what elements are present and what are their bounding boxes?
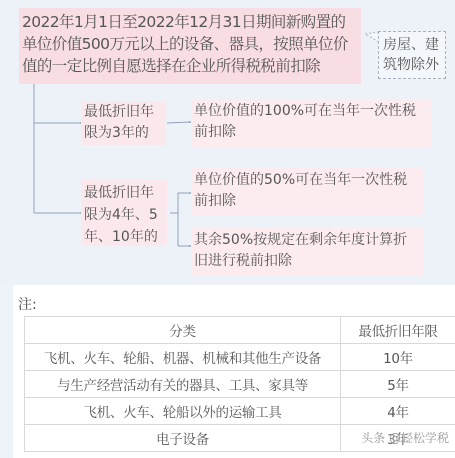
branch-3-year: 最低折旧年限为3年的: [81, 101, 166, 145]
table-row: 飞机、火车、轮船以外的运输工具 4年: [25, 398, 455, 425]
years-cell: 10年: [341, 344, 455, 371]
table-row: 与生产经营活动有关的器具、工具、家具等 5年: [25, 371, 455, 398]
category-cell: 电子设备: [25, 425, 341, 452]
watermark: 头条 @轻松学税: [361, 429, 449, 446]
branch-4-5-10-year: 最低折旧年限为4年、5年、10年的: [81, 180, 167, 246]
category-cell: 与生产经营活动有关的器具、工具、家具等: [25, 371, 341, 398]
branch-4-5-10-year-rule-2: 其余50%按规定在剩余年度计算折旧进行税前扣除: [191, 228, 423, 276]
years-cell: 5年: [341, 371, 455, 398]
category-cell: 飞机、火车、轮船以外的运输工具: [25, 398, 341, 425]
header-min-years: 最低折旧年限: [341, 317, 455, 344]
branch-3-year-rule: 单位价值的100%可在当年一次性税前扣除: [191, 99, 431, 147]
exception-note: 房屋、建筑物除外: [378, 31, 446, 79]
branch-4-5-10-year-rule-1: 单位价值的50%可在当年一次性税前扣除: [191, 168, 423, 216]
notes-label: 注:: [18, 294, 37, 314]
category-cell: 飞机、火车、轮船、机器、机械和其他生产设备: [25, 344, 341, 371]
mind-map-diagram: 2022年1月1日至2022年12月31日期间新购置的单位价值500万元以上的设…: [0, 0, 455, 285]
years-cell: 4年: [341, 398, 455, 425]
header-category: 分类: [25, 317, 341, 344]
table-row: 飞机、火车、轮船、机器、机械和其他生产设备 10年: [25, 344, 455, 371]
table-header-row: 分类 最低折旧年限: [25, 317, 455, 344]
notes-panel: 注: 分类 最低折旧年限 飞机、火车、轮船、机器、机械和其他生产设备 10年 与…: [13, 285, 455, 458]
root-node: 2022年1月1日至2022年12月31日期间新购置的单位价值500万元以上的设…: [19, 8, 361, 84]
